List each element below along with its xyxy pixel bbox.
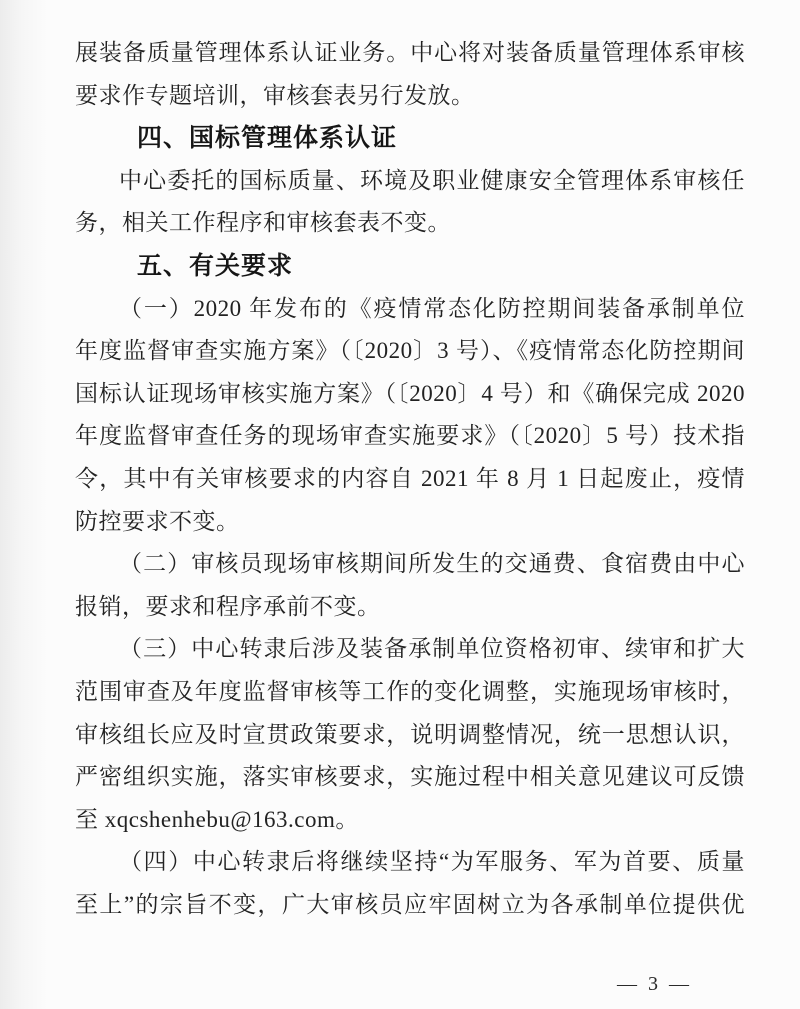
- body-line: 报销，要求和程序承前不变。: [75, 586, 745, 629]
- body-line: 要求作专题培训，审核套表另行发放。: [75, 75, 745, 118]
- body-line: 务，相关工作程序和审核套表不变。: [75, 202, 745, 245]
- body-line: 展装备质量管理体系认证业务。中心将对装备质量管理体系审核: [75, 32, 745, 75]
- body-line: 防控要求不变。: [75, 501, 745, 544]
- body-line: （二）审核员现场审核期间所发生的交通费、食宿费由中心: [75, 543, 745, 586]
- body-line: 中心委托的国标质量、环境及职业健康安全管理体系审核任: [75, 160, 745, 203]
- section-heading-5: 五、有关要求: [75, 245, 745, 288]
- body-line: 令，其中有关审核要求的内容自 2021 年 8 月 1 日起废止，疫情: [75, 458, 745, 501]
- body-line: 年度监督审查任务的现场审查实施要求》（〔2020〕5 号）技术指: [75, 415, 745, 458]
- document-page: 展装备质量管理体系认证业务。中心将对装备质量管理体系审核 要求作专题培训，审核套…: [0, 0, 800, 1009]
- body-line: 国标认证现场审核实施方案》（〔2020〕4 号）和《确保完成 2020: [75, 373, 745, 416]
- body-line: 严密组织实施，落实审核要求，实施过程中相关意见建议可反馈: [75, 756, 745, 799]
- section-heading-4: 四、国标管理体系认证: [75, 117, 745, 160]
- body-line: 范围审查及年度监督审核等工作的变化调整，实施现场审核时，: [75, 671, 745, 714]
- document-body: 展装备质量管理体系认证业务。中心将对装备质量管理体系审核 要求作专题培训，审核套…: [75, 32, 745, 926]
- body-line: 审核组长应及时宣贯政策要求，说明调整情况，统一思想认识，: [75, 714, 745, 757]
- body-line: （一）2020 年发布的《疫情常态化防控期间装备承制单位: [75, 288, 745, 331]
- page-number: — 3 —: [617, 973, 692, 996]
- body-line: 至上”的宗旨不变，广大审核员应牢固树立为各承制单位提供优: [75, 884, 745, 927]
- body-line: （三）中心转隶后涉及装备承制单位资格初审、续审和扩大: [75, 628, 745, 671]
- body-line: （四）中心转隶后将继续坚持“为军服务、军为首要、质量: [75, 841, 745, 884]
- body-line: 年度监督审查实施方案》（〔2020〕3 号）、《疫情常态化防控期间: [75, 330, 745, 373]
- body-line-email: 至 xqcshenhebu@163.com。: [75, 799, 745, 842]
